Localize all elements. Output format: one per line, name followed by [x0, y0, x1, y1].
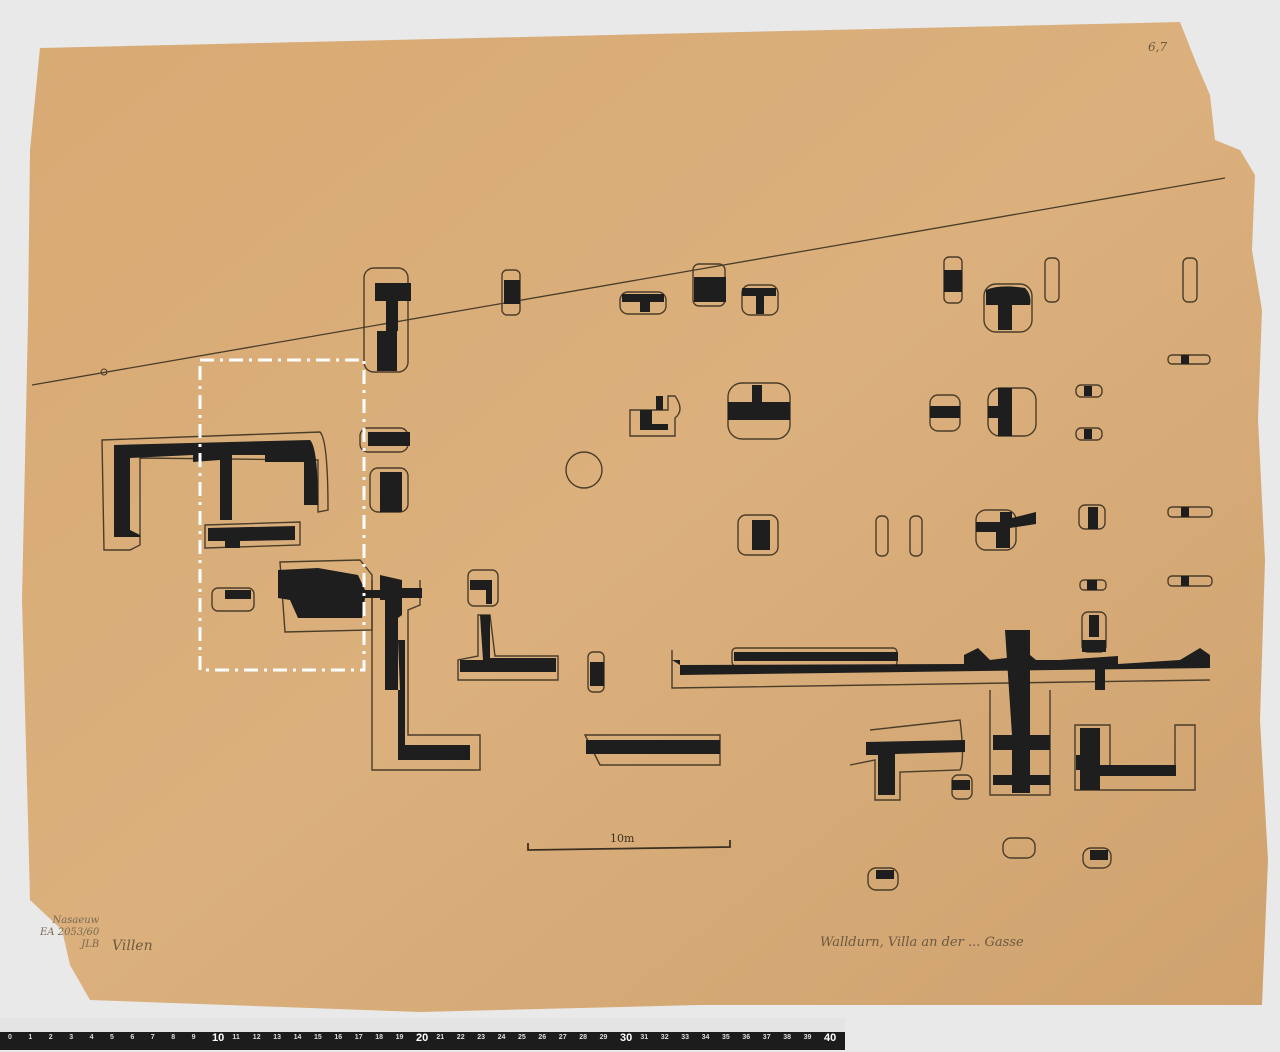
- ruler-tick-label: 22: [457, 1034, 465, 1041]
- ruler-tick-label: 5: [110, 1034, 114, 1041]
- ruler-tick-label: 23: [477, 1034, 485, 1041]
- paper: [22, 22, 1268, 1012]
- ruler-tick-label: 4: [90, 1034, 94, 1041]
- ruler-tick-label: 10: [212, 1032, 224, 1044]
- archive-stamp-line: Nasaeuw: [40, 915, 99, 927]
- ruler-tick-label: 14: [294, 1034, 302, 1041]
- ruler-tick-label: 8: [171, 1034, 175, 1041]
- archive-stamp-line: JLB: [40, 939, 99, 951]
- ruler-tick-label: 18: [375, 1034, 383, 1041]
- ruler-tick-label: 21: [436, 1034, 444, 1041]
- ruler-tick-label: 38: [783, 1034, 791, 1041]
- ruler-tick-label: 40: [824, 1032, 836, 1044]
- archive-stamp-line: EA 2053/60: [40, 927, 99, 939]
- ruler-tick-label: 35: [722, 1034, 730, 1041]
- ruler-tick-label: 25: [518, 1034, 526, 1041]
- ruler-tick-label: 13: [273, 1034, 281, 1041]
- ruler-tick-label: 12: [253, 1034, 261, 1041]
- bottom-caption: Walldurn, Villa an der ... Gasse: [820, 935, 1024, 950]
- ruler-tick-label: 17: [355, 1034, 363, 1041]
- ruler-tick-label: 30: [620, 1032, 632, 1044]
- ruler-tick-label: 27: [559, 1034, 567, 1041]
- ruler-tick-label: 15: [314, 1034, 322, 1041]
- ruler-tick-label: 36: [742, 1034, 750, 1041]
- ruler-tick-label: 39: [804, 1034, 812, 1041]
- ruler-tick-label: 33: [681, 1034, 689, 1041]
- ruler-tick-label: 7: [151, 1034, 155, 1041]
- measurement-ruler: 0123456789101112131415161718192021222324…: [0, 1018, 845, 1052]
- ruler-tick-label: 37: [763, 1034, 771, 1041]
- ruler-tick-label: 6: [130, 1034, 134, 1041]
- scale-bar-label: 10m: [610, 832, 634, 845]
- ruler-tick-label: 19: [396, 1034, 404, 1041]
- ruler-tick-label: 26: [538, 1034, 546, 1041]
- ruler-tick-label: 0: [8, 1034, 12, 1041]
- ruler-tick-label: 16: [334, 1034, 342, 1041]
- ruler-tick-label: 2: [49, 1034, 53, 1041]
- left-caption: Villen: [112, 938, 153, 954]
- ruler-tick-label: 32: [661, 1034, 669, 1041]
- archive-stamp: Nasaeuw EA 2053/60 JLB: [40, 915, 99, 951]
- ruler-tick-label: 3: [69, 1034, 73, 1041]
- ruler-tick-label: 11: [232, 1034, 239, 1041]
- ruler-tick-label: 34: [702, 1034, 710, 1041]
- plan-sheet: [0, 0, 1280, 1052]
- ruler-tick-label: 20: [416, 1032, 428, 1044]
- ruler-tick-label: 31: [640, 1034, 648, 1041]
- ruler-tick-label: 9: [192, 1034, 196, 1041]
- ruler-tick-label: 1: [28, 1034, 32, 1041]
- corner-page-number: 6,7: [1148, 40, 1167, 54]
- ruler-tick-label: 24: [498, 1034, 506, 1041]
- ruler-tick-label: 28: [579, 1034, 587, 1041]
- ruler-tick-label: 29: [600, 1034, 608, 1041]
